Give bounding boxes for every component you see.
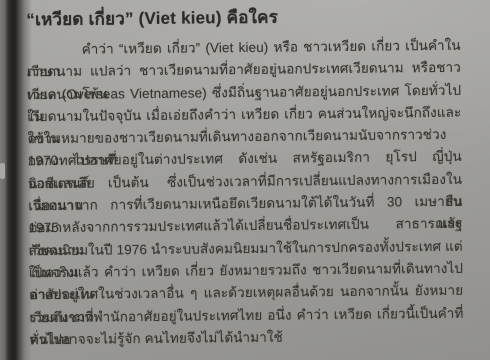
body-paragraph: คำว่า “เหวียด เกี่ยว” (Viet kieu) หรือ ช…: [27, 35, 464, 352]
page-title: “เหวียด เกี่ยว” (Viet kieu) คือใคร: [26, 3, 460, 34]
scanned-page: “เหวียด เกี่ยว” (Viet kieu) คือใคร คำว่า…: [0, 0, 490, 360]
page-content: “เหวียด เกี่ยว” (Viet kieu) คือใคร คำว่า…: [26, 3, 464, 352]
page-edge-notch: [0, 163, 5, 179]
paragraph-line: เวียดนามที่พำนักอาศัยอยู่ในประเทศไทย อนึ…: [29, 302, 463, 329]
paragraph-line: ทั่วไปอาจจะไม่รู้จัก คนไทยจึงไม่ได้นำมาใ…: [30, 325, 464, 352]
